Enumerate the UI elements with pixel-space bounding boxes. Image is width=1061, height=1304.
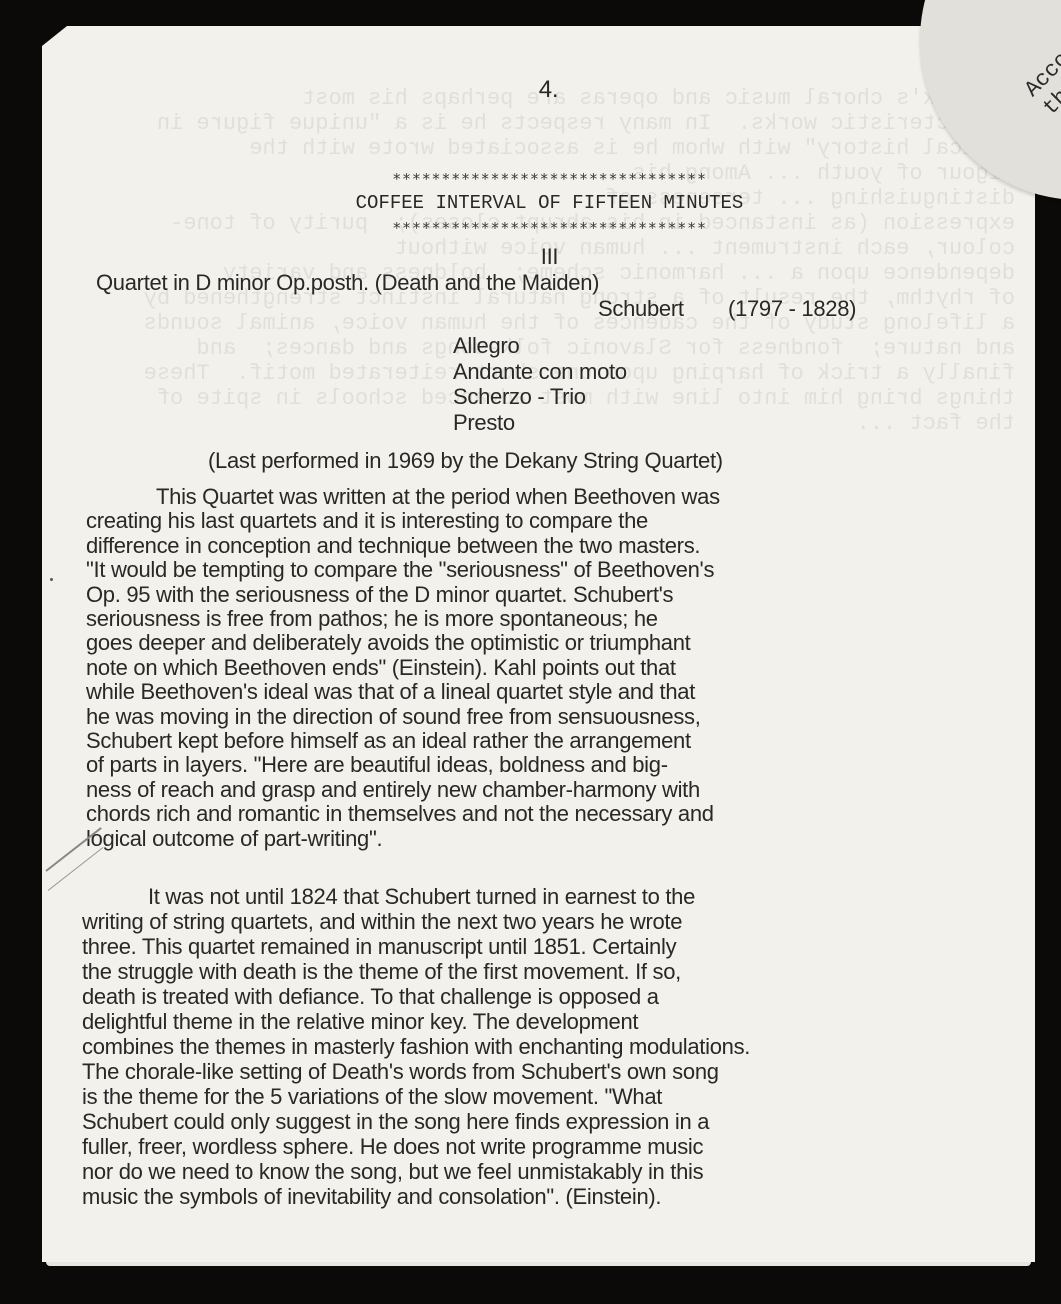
text-line: creating his last quartets and it is int… (86, 508, 648, 534)
text-line: "It would be tempting to compare the "se… (86, 557, 714, 583)
interval-stars-top: ******************************** (42, 170, 1057, 188)
page-content: 4. ******************************** COFF… (42, 26, 1035, 1262)
text-line: of parts in layers. "Here are beautiful … (86, 752, 668, 778)
text-line: goes deeper and deliberately avoids the … (86, 630, 691, 656)
interval-heading: COFFEE INTERVAL OF FIFTEEN MINUTES (42, 192, 1057, 214)
text-line: combines the themes in masterly fashion … (82, 1034, 750, 1060)
text-line: Schubert kept before himself as an ideal… (86, 728, 691, 754)
composer-dates: (1797 - 1828) (728, 296, 856, 322)
text-line: music the symbols of inevitability and c… (82, 1184, 661, 1210)
text-line: death is treated with defiance. To that … (82, 984, 659, 1010)
text-line: difference in conception and technique b… (86, 533, 700, 559)
text-line: The chorale-like setting of Death's word… (82, 1059, 719, 1085)
text-line: the struggle with death is the theme of … (82, 959, 681, 985)
program-part-number: III (42, 244, 1057, 270)
text-line: Op. 95 with the seriousness of the D min… (86, 582, 673, 608)
text-line: is the theme for the 5 variations of the… (82, 1084, 662, 1110)
work-title: Quartet in D minor Op.posth. (Death and … (96, 270, 599, 296)
text-line: writing of string quartets, and within t… (82, 909, 682, 935)
movement-4: Presto (453, 410, 515, 436)
text-line: fuller, freer, wordless sphere. He does … (82, 1134, 703, 1160)
text-line: It was not until 1824 that Schubert turn… (148, 884, 695, 910)
text-line: he was moving in the direction of sound … (86, 704, 701, 730)
text-line: seriousness is free from pathos; he is m… (86, 606, 658, 632)
movement-2: Andante con moto (453, 359, 627, 385)
text-line: three. This quartet remained in manuscri… (82, 934, 676, 960)
page-number: 4. (42, 76, 1055, 104)
text-line: Schubert could only suggest in the song … (82, 1109, 709, 1135)
interval-stars-bottom: ******************************** (42, 219, 1057, 237)
text-line: chords rich and romantic in themselves a… (86, 801, 714, 827)
movement-3: Scherzo - Trio (453, 384, 586, 410)
text-line: This Quartet was written at the period w… (156, 484, 720, 510)
text-line: ness of reach and grasp and entirely new… (86, 777, 700, 803)
speck (50, 578, 53, 581)
text-line: delightful theme in the relative minor k… (82, 1009, 638, 1035)
document-page: Janacek's choral music and operas are pe… (42, 26, 1035, 1262)
text-line: logical outcome of part-writing". (86, 826, 382, 852)
composer-name: Schubert (598, 296, 684, 322)
movement-1: Allegro (453, 333, 519, 359)
text-line: note on which Beethoven ends" (Einstein)… (86, 655, 676, 681)
text-line: while Beethoven's ideal was that of a li… (86, 679, 695, 705)
last-performed-note: (Last performed in 1969 by the Dekany St… (208, 448, 723, 474)
text-line: nor do we need to know the song, but we … (82, 1159, 703, 1185)
